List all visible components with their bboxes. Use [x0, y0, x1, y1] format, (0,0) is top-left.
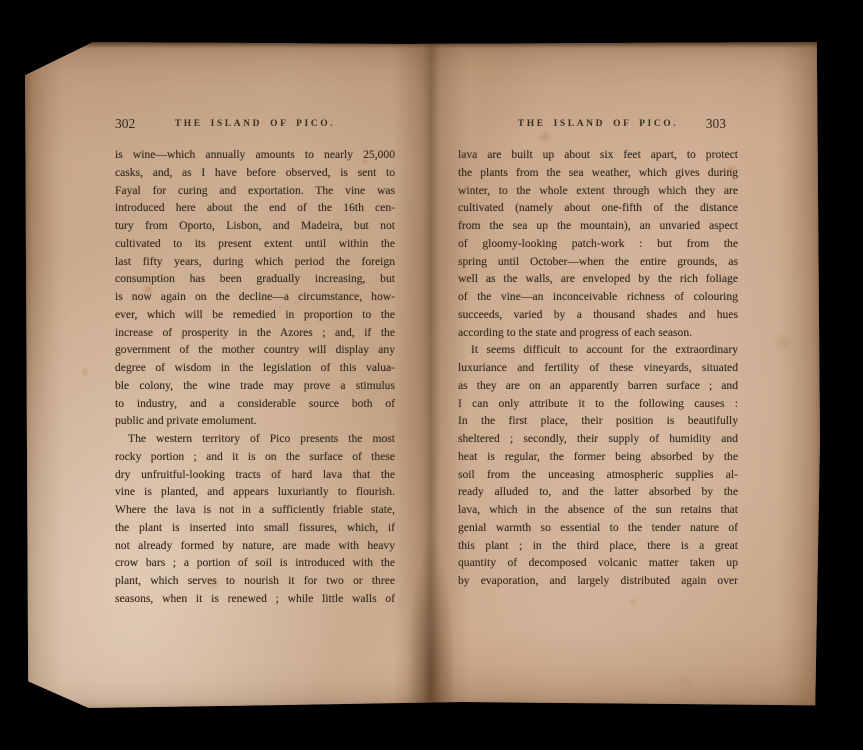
paragraph: lava are built up about six feet apart, … — [458, 146, 738, 341]
text-line: is now again on the decline—a circumstan… — [115, 288, 395, 306]
text-line: quantity of decomposed volcanic matter t… — [458, 554, 738, 572]
text-line: ready alluded to, and the latter absorbe… — [458, 483, 738, 501]
page-stack-top-edge — [25, 42, 820, 48]
paragraph: The western territory of Pico presents t… — [115, 430, 395, 608]
text-line: crow bars ; a portion of soil is introdu… — [115, 554, 395, 572]
text-line: soil from the unceasing atmospheric supp… — [458, 466, 738, 484]
text-line: government of the mother country will di… — [115, 341, 395, 359]
running-title-right: THE ISLAND OF PICO. — [458, 119, 738, 129]
text-line: sheltered ; secondly, their supply of hu… — [458, 430, 738, 448]
text-line: lava, which in the absence of the sun re… — [458, 501, 738, 519]
page-left-header: 302 THE ISLAND OF PICO. — [115, 116, 395, 146]
paragraph: It seems difficult to account for the ex… — [458, 341, 738, 590]
text-line: of gloomy-looking patch-work : but from … — [458, 235, 738, 253]
book-spread: 302 THE ISLAND OF PICO. is wine—which an… — [25, 42, 820, 708]
text-line: spring until October—when the entire gro… — [458, 253, 738, 271]
text-line: seasons, when it is renewed ; while litt… — [115, 590, 395, 608]
text-line: Where the lava is not in a sufficiently … — [115, 501, 395, 519]
paragraph: is wine—which annually amounts to nearly… — [115, 146, 395, 430]
page-right-header: THE ISLAND OF PICO. 303 — [458, 116, 738, 146]
text-line: genial warmth so essential to the tender… — [458, 519, 738, 537]
text-line: as they are on an apparently barren surf… — [458, 377, 738, 395]
text-line: heat is regular, the former being absorb… — [458, 448, 738, 466]
page-number-right: 303 — [706, 116, 726, 132]
text-line: the plants from the sea weather, which g… — [458, 164, 738, 182]
text-line: tury from Oporto, Lisbon, and Madeira, b… — [115, 217, 395, 235]
text-line: winter, to the whole extent through whic… — [458, 182, 738, 200]
text-line: the plant is inserted into small fissure… — [115, 519, 395, 537]
text-line: luxuriance and fertility of these vineya… — [458, 359, 738, 377]
text-line: plant, which serves to nourish it for tw… — [115, 572, 395, 590]
scanned-book-screenshot: 302 THE ISLAND OF PICO. is wine—which an… — [0, 0, 863, 750]
text-line: from the sea up the mountain), an unvari… — [458, 217, 738, 235]
text-line: ble colony, the wine trade may prove a s… — [115, 377, 395, 395]
text-line: degree of wisdom in the legislation of t… — [115, 359, 395, 377]
page-left-text: is wine—which annually amounts to nearly… — [115, 146, 395, 608]
text-line: of the vine—an inconceivable richness of… — [458, 288, 738, 306]
running-title-left: THE ISLAND OF PICO. — [115, 119, 395, 129]
text-line: dry unfruitful-looking tracts of hard la… — [115, 466, 395, 484]
text-line: succeeds, varied by a thousand shades an… — [458, 306, 738, 324]
text-line: ever, which will be remedied in proporti… — [115, 306, 395, 324]
text-line: vine is planted, and appears luxuriantly… — [115, 483, 395, 501]
text-line: according to the state and progress of e… — [458, 324, 738, 342]
text-line: by evaporation, and largely distributed … — [458, 572, 738, 590]
page-right-text: lava are built up about six feet apart, … — [458, 146, 738, 590]
text-line: consumption has been gradually increasin… — [115, 270, 395, 288]
text-line: to industry, and a considerable source b… — [115, 395, 395, 413]
text-line: this plant ; in the third place, there i… — [458, 537, 738, 555]
text-line: The western territory of Pico presents t… — [115, 430, 395, 448]
text-line: It seems difficult to account for the ex… — [458, 341, 738, 359]
text-line: well as the walls, are enveloped by the … — [458, 270, 738, 288]
text-line: increase of prosperity in the Azores ; a… — [115, 324, 395, 342]
page-right: THE ISLAND OF PICO. 303 lava are built u… — [458, 116, 738, 590]
text-line: is wine—which annually amounts to nearly… — [115, 146, 395, 164]
text-line: last fifty years, during which period th… — [115, 253, 395, 271]
text-line: casks, and, as I have before observed, i… — [115, 164, 395, 182]
text-line: lava are built up about six feet apart, … — [458, 146, 738, 164]
text-line: not already formed by nature, are made w… — [115, 537, 395, 555]
text-line: cultivated to its present extent until w… — [115, 235, 395, 253]
text-line: In the first place, their position is be… — [458, 412, 738, 430]
text-line: introduced here about the end of the 16t… — [115, 199, 395, 217]
text-line: Fayal for curing and exportation. The vi… — [115, 182, 395, 200]
text-line: I can only attribute it to the following… — [458, 395, 738, 413]
text-line: public and private emolument. — [115, 412, 395, 430]
text-line: cultivated (namely about one-fifth of th… — [458, 199, 738, 217]
page-left: 302 THE ISLAND OF PICO. is wine—which an… — [115, 116, 395, 608]
text-line: rocky portion ; and it is on the surface… — [115, 448, 395, 466]
